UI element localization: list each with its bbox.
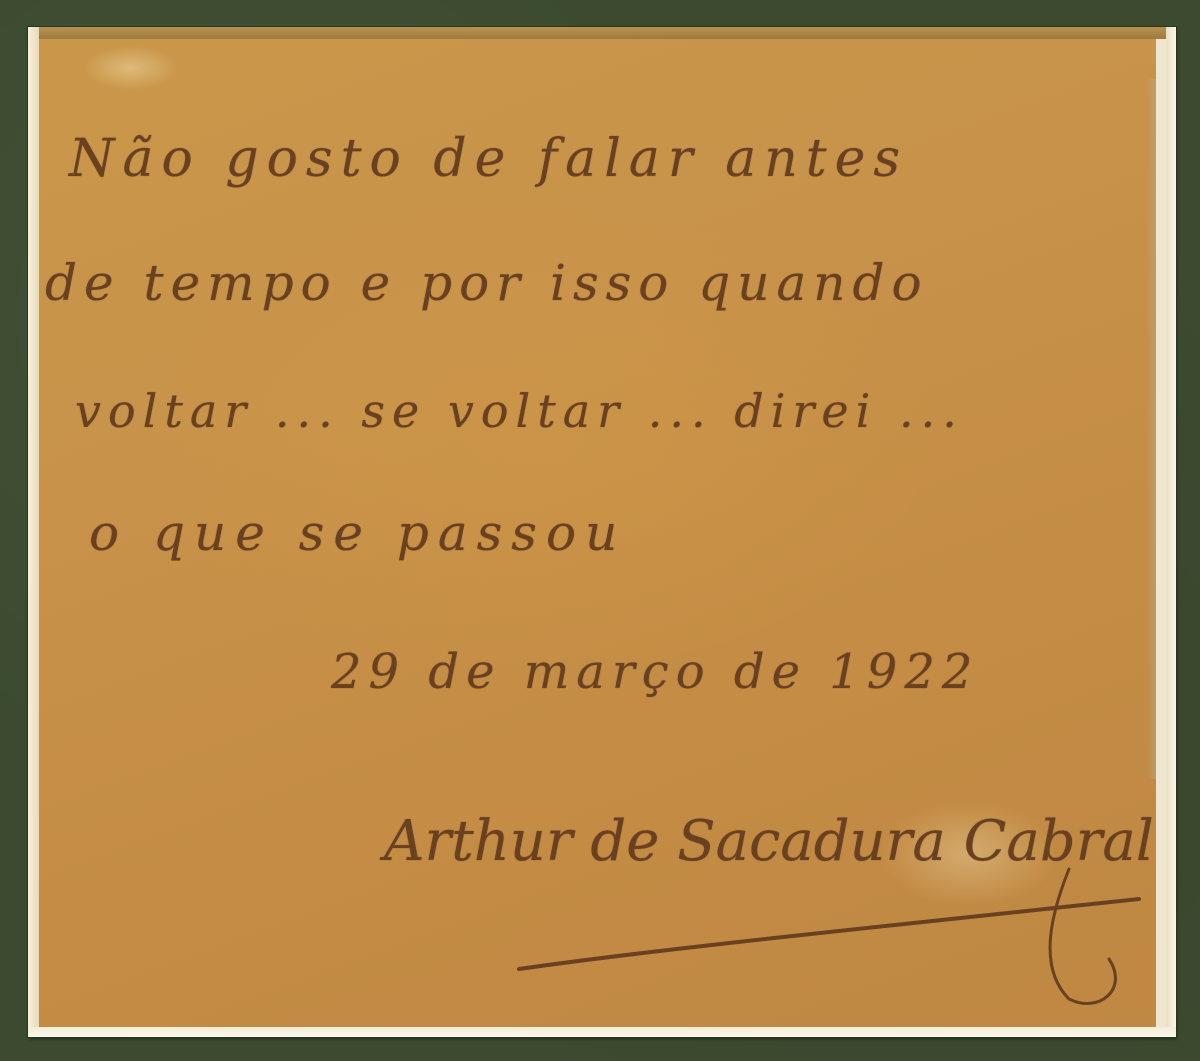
handwritten-note-paper: Não gosto de falar antes de tempo e por … bbox=[39, 39, 1156, 1027]
note-line-4: o que se passou bbox=[89, 504, 626, 562]
note-line-1: Não gosto de falar antes bbox=[69, 129, 908, 189]
note-line-2: de tempo e por isso quando bbox=[45, 254, 929, 312]
bevel-left-edge bbox=[28, 27, 39, 1037]
bevel-right-edge bbox=[1166, 27, 1176, 1037]
signature-flourish-icon bbox=[509, 859, 1149, 1009]
bevel-bottom-edge bbox=[28, 1027, 1176, 1037]
bevel-top-edge bbox=[28, 27, 1176, 39]
note-date: 29 de março de 1922 bbox=[331, 644, 979, 700]
note-line-3: voltar ... se voltar ... direi ... bbox=[75, 384, 964, 438]
frame-mat: Não gosto de falar antes de tempo e por … bbox=[0, 0, 1200, 1061]
